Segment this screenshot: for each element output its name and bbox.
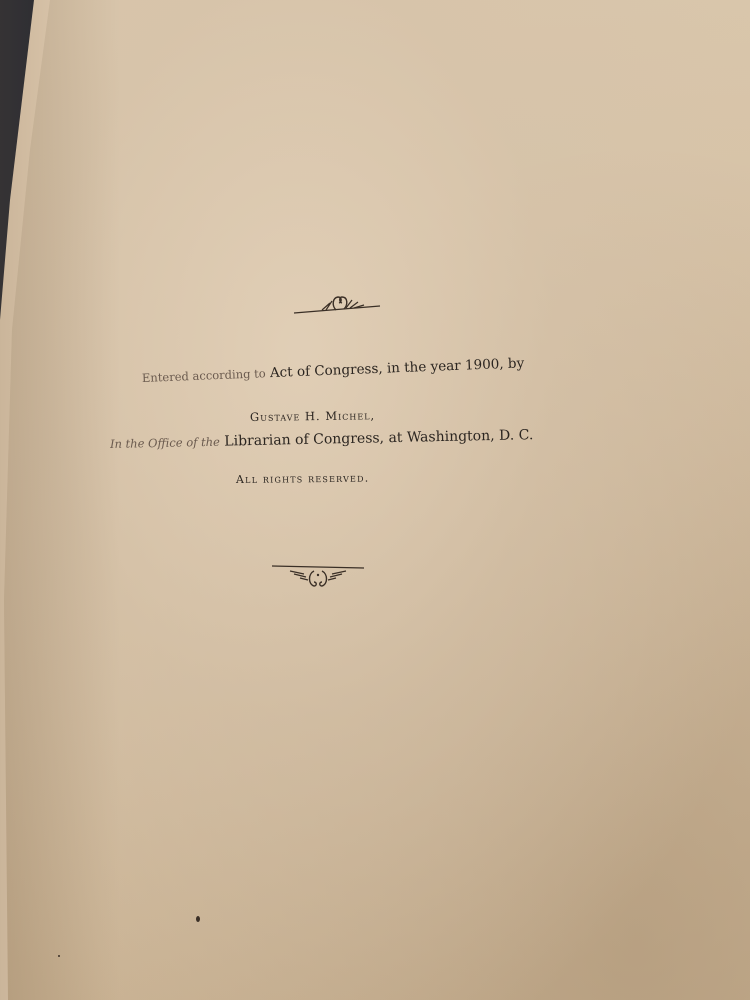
bottom-flourish-icon [270, 562, 366, 592]
rights-reserved: All rights reserved. [236, 472, 370, 486]
top-flourish-icon [292, 286, 382, 316]
author-name: Gustave H. Michel, [250, 408, 375, 424]
entered-rest: Act of Congress, in the year 1900, by [265, 355, 524, 381]
entered-line: Entered according to Act of Congress, in… [142, 355, 525, 386]
office-line: In the Office of the Librarian of Congre… [110, 427, 534, 452]
office-prefix: In the Office of the [110, 435, 220, 451]
entered-prefix: Entered according to [142, 366, 266, 385]
copyright-content: Entered according to Act of Congress, in… [0, 0, 750, 1000]
book-page-photo: Entered according to Act of Congress, in… [0, 0, 750, 1000]
paper-speck [196, 916, 200, 922]
paper-speck [58, 955, 60, 957]
office-rest: Librarian of Congress, at Washington, D.… [220, 427, 534, 450]
